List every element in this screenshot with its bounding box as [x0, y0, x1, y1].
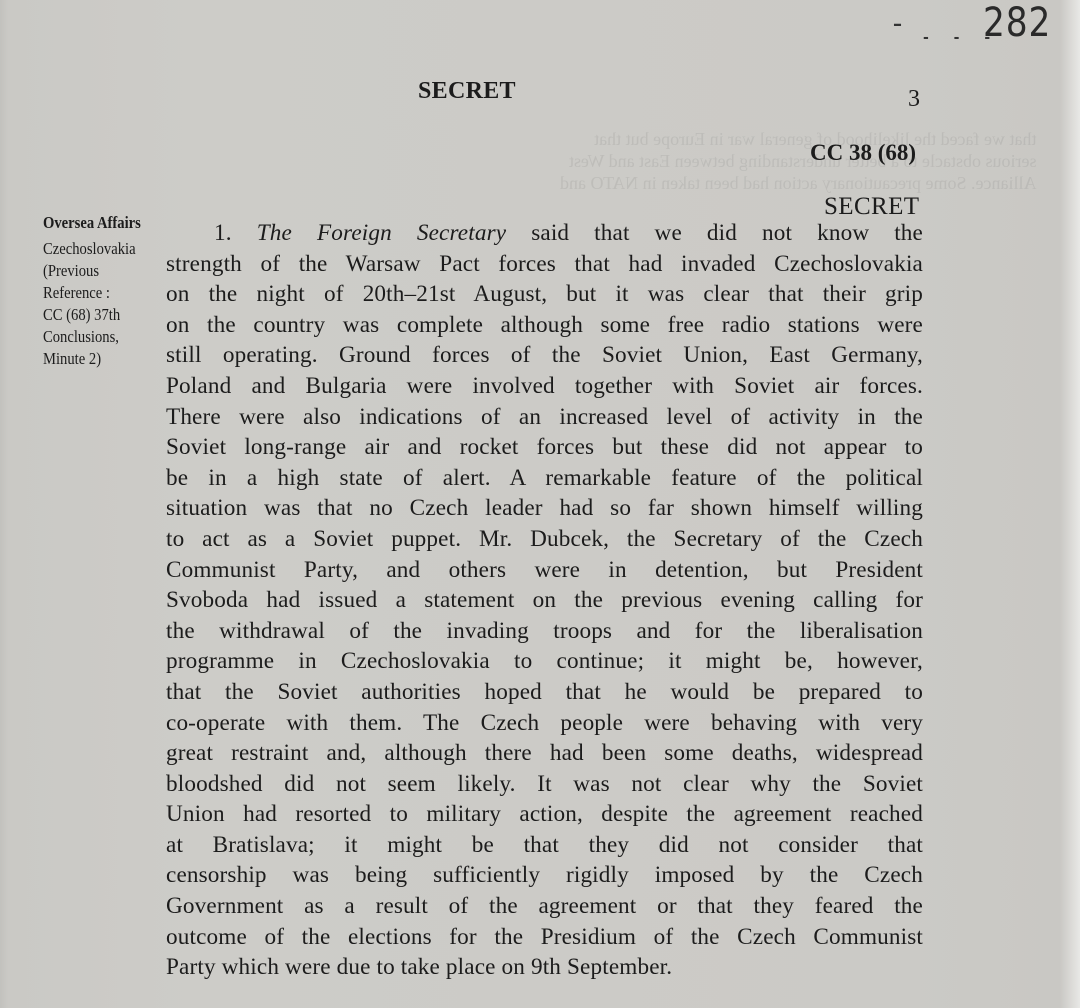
classification-header: SECRET — [418, 78, 516, 105]
body-line: at Bratislava; it might be that they did… — [166, 830, 923, 861]
archive-page-number: 282 — [983, 0, 1051, 46]
document-page: that we faced the likelihood of general … — [0, 0, 1080, 1008]
body-line: bloodshed did not seem likely. It was no… — [166, 769, 923, 800]
margin-line: CC (68) 37th — [43, 304, 168, 326]
body-line: on the country was complete although som… — [166, 310, 923, 341]
margin-line: Minute 2) — [43, 348, 168, 370]
body-line: censorship was being sufficiently rigidl… — [166, 860, 923, 891]
margin-line: Czechoslovakia — [43, 238, 168, 260]
body-line: Svoboda had issued a statement on the pr… — [166, 585, 923, 616]
paragraph-number: 1. — [214, 220, 232, 246]
page-number: 3 — [908, 86, 920, 113]
body-line: Communist Party, and others were in dete… — [166, 555, 923, 586]
margin-line: Reference : — [43, 282, 168, 304]
body-line: Party which were due to take place on 9t… — [166, 952, 923, 983]
body-line: Union had resorted to military action, d… — [166, 799, 923, 830]
margin-heading: Oversea Affairs — [43, 212, 168, 234]
body-line: the withdrawal of the invading troops an… — [166, 616, 923, 647]
margin-note: Oversea Affairs Czechoslovakia (Previous… — [43, 212, 168, 370]
body-line: strength of the Warsaw Pact forces that … — [166, 249, 923, 280]
body-line: There were also indications of an increa… — [166, 402, 923, 433]
show-through-text: that we faced the likelihood of general … — [560, 128, 1037, 194]
margin-line: (Previous — [43, 260, 168, 282]
margin-line: Conclusions, — [43, 326, 168, 348]
body-line: Soviet long-range air and rocket forces … — [166, 432, 923, 463]
body-line: 1. The Foreign Secretary said that we di… — [166, 218, 923, 249]
body-line: great restraint and, although there had … — [166, 738, 923, 769]
archive-stamp-marks: – - - - — [893, 14, 907, 35]
body-line: to act as a Soviet puppet. Mr. Dubcek, t… — [166, 524, 923, 555]
body-line: that the Soviet authorities hoped that h… — [166, 677, 923, 708]
document-reference: CC 38 (68) — [810, 140, 916, 166]
body-line: outcome of the elections for the Presidi… — [166, 922, 923, 953]
body-line: programme in Czechoslovakia to continue;… — [166, 646, 923, 677]
body-line: on the night of 20th–21st August, but it… — [166, 279, 923, 310]
body-line: co-operate with them. The Czech people w… — [166, 708, 923, 739]
body-line: still operating. Ground forces of the So… — [166, 340, 923, 371]
body-paragraph: 1. The Foreign Secretary said that we di… — [166, 218, 923, 983]
body-line: Government as a result of the agreement … — [166, 891, 923, 922]
body-line: Poland and Bulgaria were involved togeth… — [166, 371, 923, 402]
speaker-name: The Foreign Secretary — [257, 220, 506, 246]
body-line: be in a high state of alert. A remarkabl… — [166, 463, 923, 494]
body-line: situation was that no Czech leader had s… — [166, 493, 923, 524]
classification-label: SECRET — [824, 193, 919, 221]
